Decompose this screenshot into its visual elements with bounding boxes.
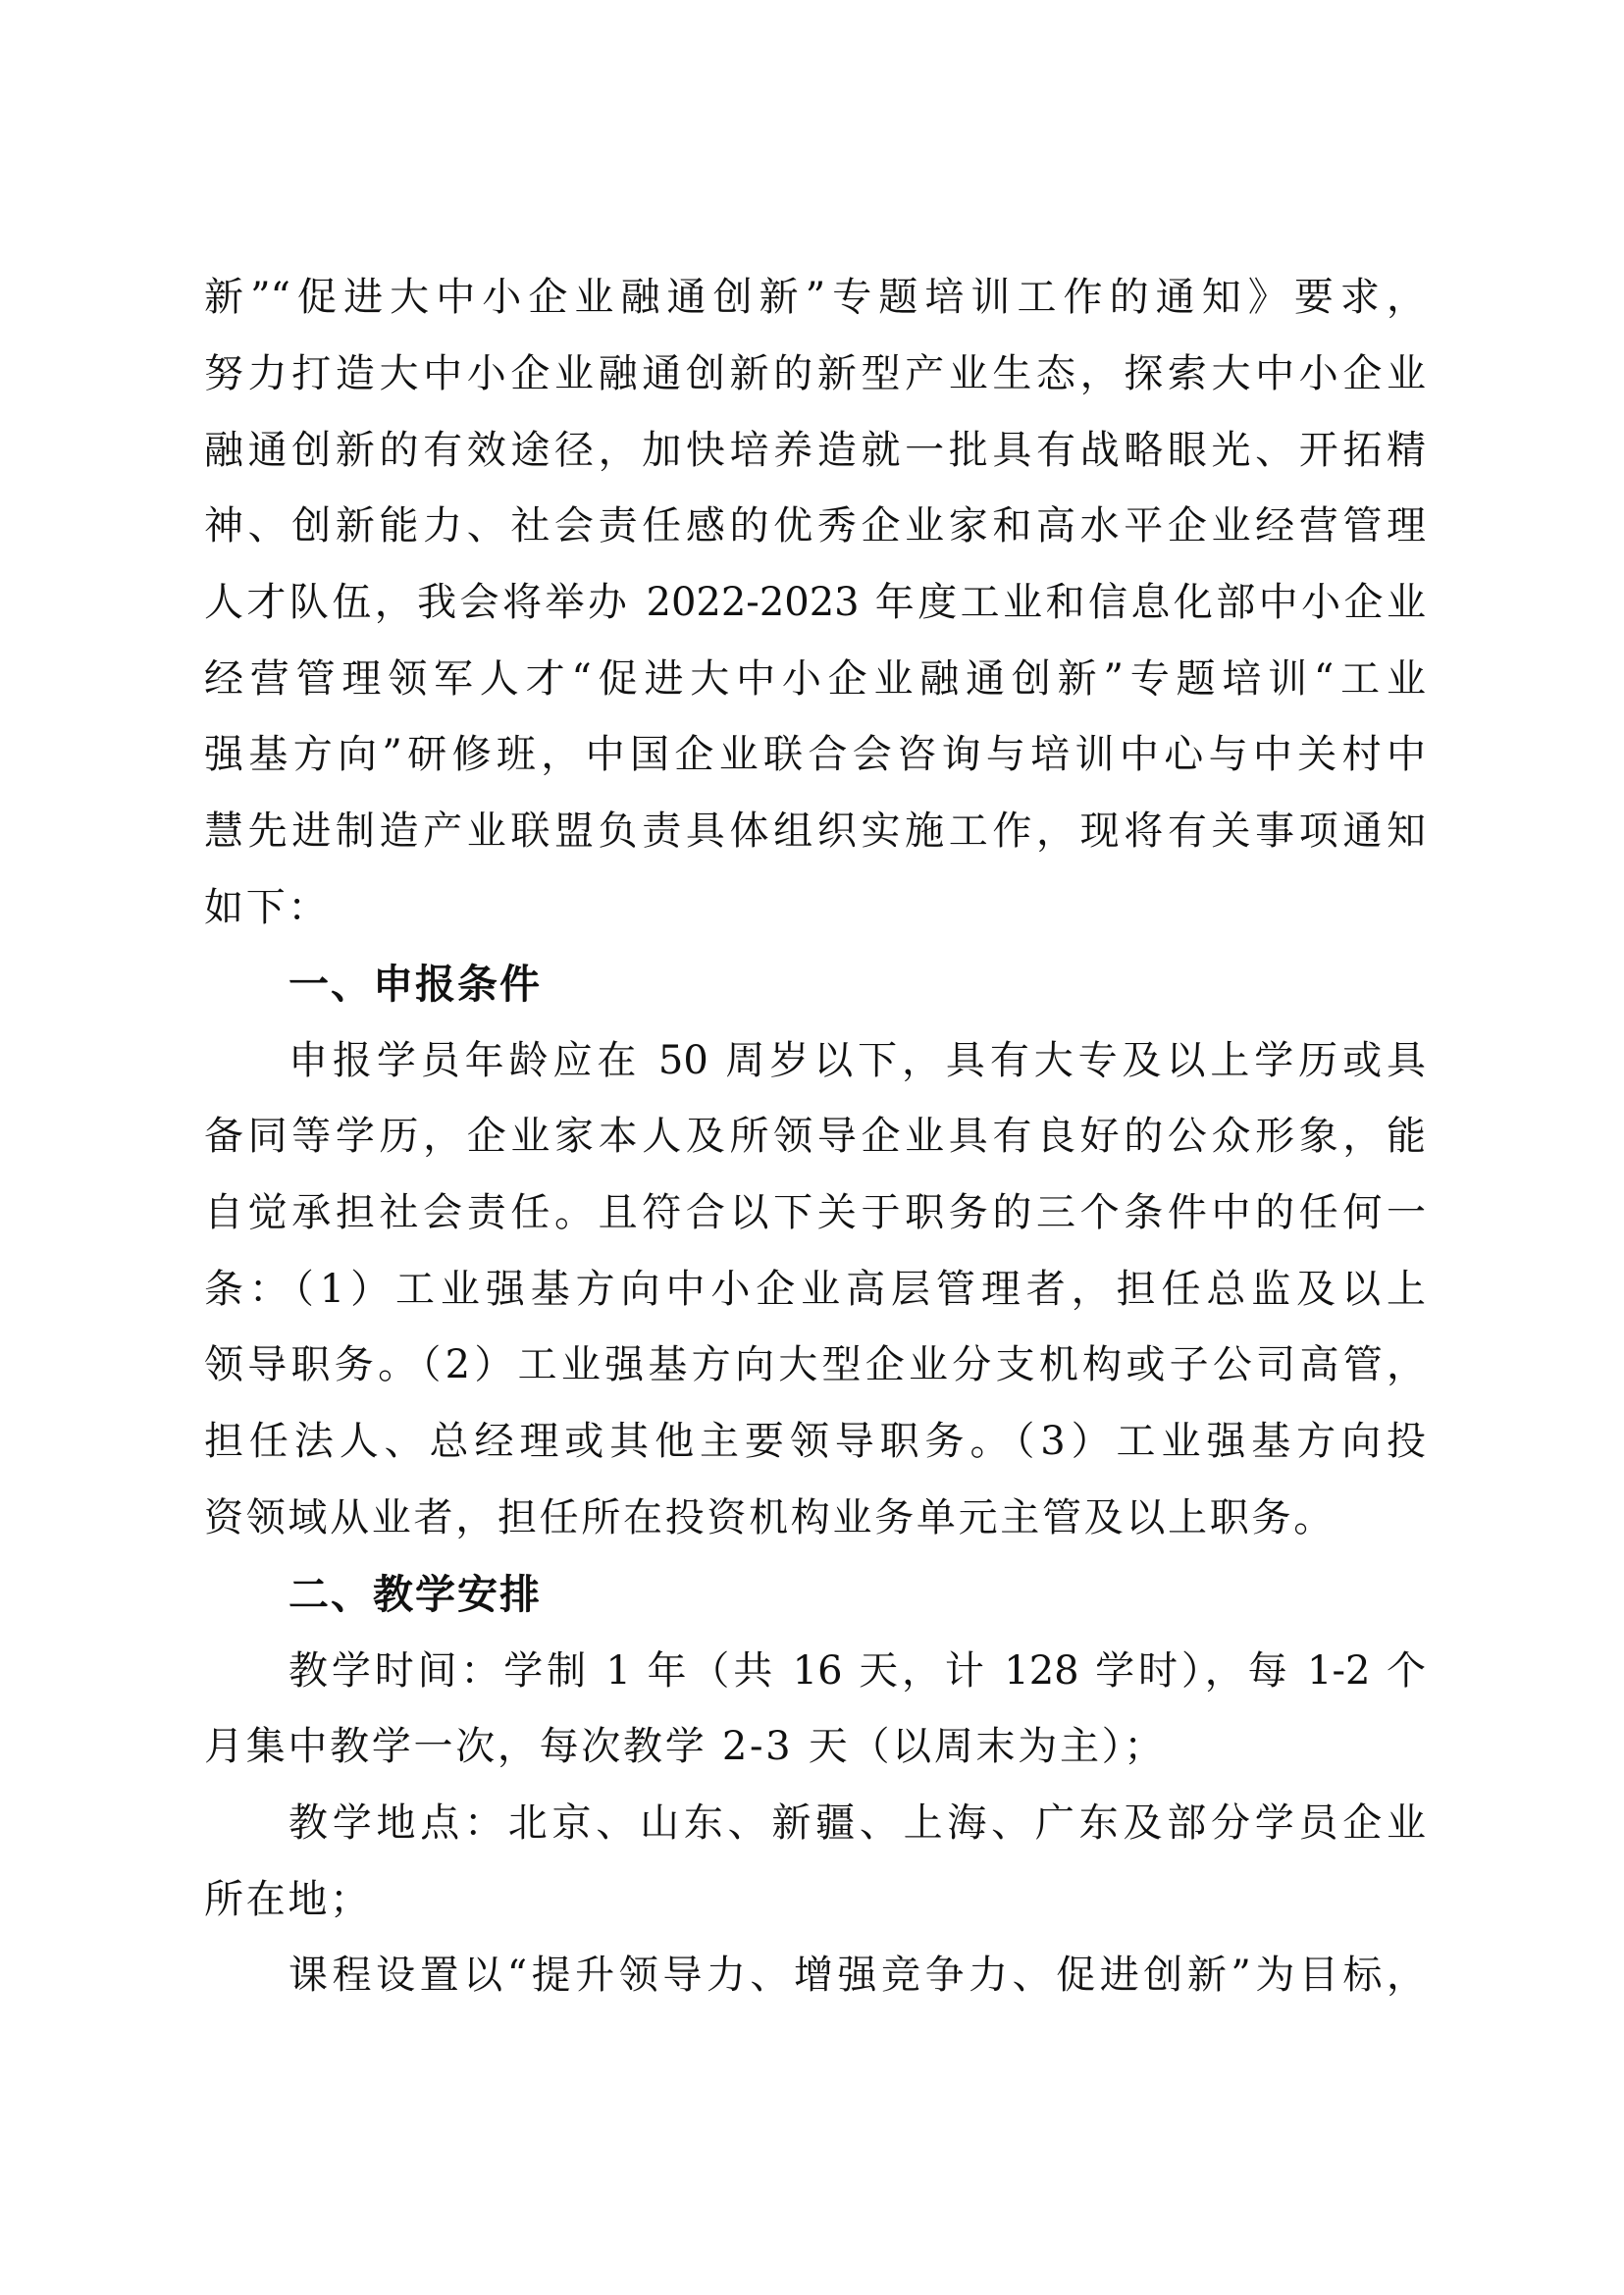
body-line: 资领域从业者，担任所在投资机构业务单元主管及以上职务。 — [204, 1488, 1426, 1547]
body-line: 教学地点：北京、山东、新疆、上海、广东及部分学员企业 — [288, 1794, 1426, 1852]
body-line: 条：（1）工业强基方向中小企业高层管理者，担任总监及以上 — [204, 1260, 1426, 1319]
section-heading-application-requirements: 一、申报条件 — [288, 955, 1426, 1014]
body-line: 担任法人、总经理或其他主要领导职务。（3）工业强基方向投 — [204, 1412, 1426, 1471]
body-line: 人才队伍，我会将举办 2022-2023 年度工业和信息化部中小企业 — [204, 573, 1426, 632]
body-line: 申报学员年龄应在 50 周岁以下，具有大专及以上学历或具 — [288, 1031, 1426, 1090]
body-line: 融通创新的有效途径，加快培养造就一批具有战略眼光、开拓精 — [204, 421, 1426, 480]
body-line: 备同等学历，企业家本人及所领导企业具有良好的公众形象，能 — [204, 1107, 1426, 1166]
body-line: 课程设置以“提升领导力、增强竞争力、促进创新”为目标， — [288, 1946, 1426, 2005]
body-line: 慧先进制造产业联盟负责具体组织实施工作，现将有关事项通知 — [204, 802, 1426, 861]
body-line: 如下： — [204, 878, 1426, 937]
body-line: 月集中教学一次，每次教学 2-3 天（以周末为主）； — [204, 1717, 1426, 1776]
document-page: 新”“促进大中小企业融通创新”专题培训工作的通知》要求， 努力打造大中小企业融通… — [0, 0, 1624, 2295]
body-line: 新”“促进大中小企业融通创新”专题培训工作的通知》要求， — [204, 268, 1426, 327]
body-line: 所在地； — [204, 1870, 1426, 1929]
body-line: 强基方向”研修班，中国企业联合会咨询与培训中心与中关村中 — [204, 725, 1426, 784]
body-line: 经营管理领军人才“促进大中小企业融通创新”专题培训“工业 — [204, 650, 1426, 708]
section-heading-teaching-arrangement: 二、教学安排 — [288, 1565, 1426, 1624]
body-line: 教学时间：学制 1 年（共 16 天，计 128 学时），每 1-2 个 — [288, 1642, 1426, 1700]
body-line: 神、创新能力、社会责任感的优秀企业家和高水平企业经营管理 — [204, 496, 1426, 555]
body-line: 自觉承担社会责任。且符合以下关于职务的三个条件中的任何一 — [204, 1183, 1426, 1242]
body-line: 领导职务。（2）工业强基方向大型企业分支机构或子公司高管， — [204, 1335, 1426, 1394]
body-line: 努力打造大中小企业融通创新的新型产业生态，探索大中小企业 — [204, 344, 1426, 403]
